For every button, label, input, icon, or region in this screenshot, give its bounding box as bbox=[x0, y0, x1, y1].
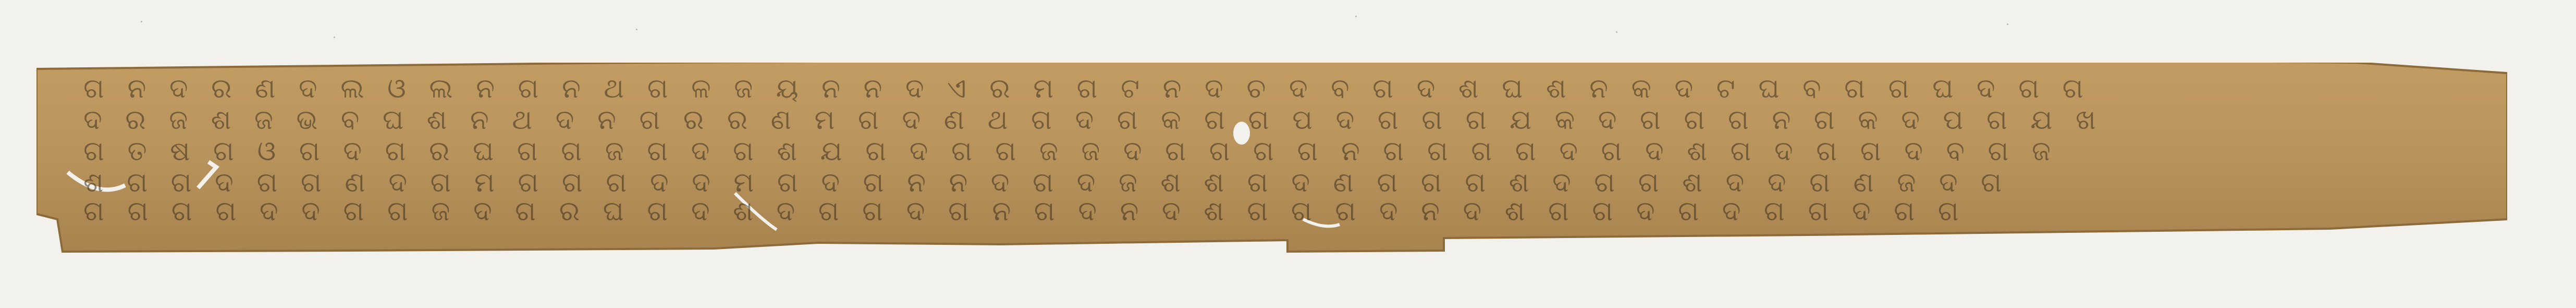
speck bbox=[1355, 16, 1357, 17]
manuscript-line-3: ଗ ତ ଷ ଗ ଓ ଗ ଦ ଗ ର ଘ ଗ ଗ ଜ ଗ ଦ ଗ ଶ ଯ ଗ ଦ … bbox=[83, 136, 2058, 168]
palm-leaf-manuscript: ଗ ନ ଦ ର ଣ ଦ ଲ ଓ ଲ ନ ଗ ନ ଥ ଗ ଳ ଜ ୟ ନ ନ ଦ … bbox=[36, 63, 2507, 261]
speck bbox=[636, 29, 637, 30]
manuscript-line-4: ଶ ଗ ଗ ଦ ଗ ଗ ଣ ଦ ଗ ମ ଗ ଗ ଗ ଦ ଦ ମ ଗ ଦ ଗ ନ … bbox=[83, 167, 2009, 199]
speck bbox=[1616, 31, 1617, 33]
manuscript-line-5: ଗ ଗ ଗ ଗ ଦ ଦ ଗ ଗ ଜ ଦ ଗ ର ଘ ଗ ଦ ଶ ଦ ଗ ଗ ଦ … bbox=[83, 196, 1966, 228]
speck bbox=[141, 21, 142, 22]
speck bbox=[334, 37, 335, 38]
manuscript-line-2: ଦ ର ଜ ଶ ଜ ଭ ବ ଘ ଶ ନ ଥ ଦ ନ ଗ ର ର ଣ ମ ଗ ଦ … bbox=[83, 104, 2103, 136]
speck bbox=[2007, 23, 2008, 25]
manuscript-line-1: ଗ ନ ଦ ର ଣ ଦ ଲ ଓ ଲ ନ ଗ ନ ଥ ଗ ଳ ଜ ୟ ନ ନ ଦ … bbox=[83, 73, 2091, 105]
